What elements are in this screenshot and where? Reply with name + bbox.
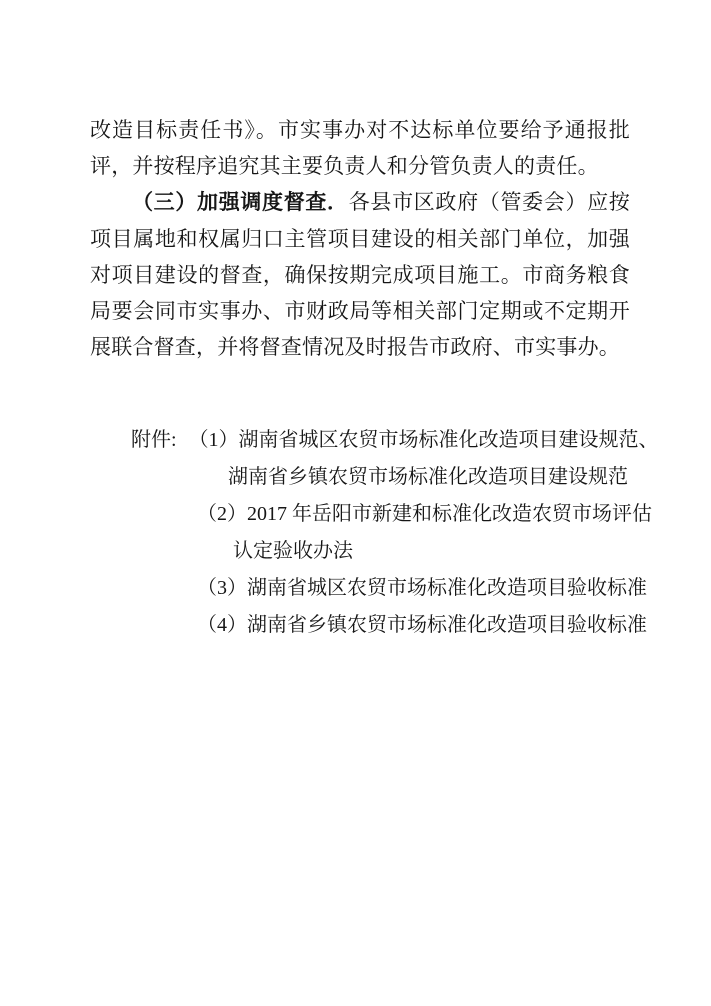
- attachment-item-1-continuation: 湖南省乡镇农贸市场标准化改造项目建设规范: [228, 459, 630, 496]
- attachment-line-1: 附件:（1）湖南省城区农贸市场标准化改造项目建设规范、: [131, 422, 630, 459]
- attachment-item-3: （3）湖南省城区农贸市场标准化改造项目验收标准: [197, 570, 630, 607]
- paragraph-section-3: （三）加强调度督查．各县市区政府（管委会）应按项目属地和权属归口主管项目建设的相…: [90, 184, 630, 365]
- section-3-body-text: 各县市区政府（管委会）应按项目属地和权属归口主管项目建设的相关部门单位，加强对项…: [90, 190, 630, 359]
- attachment-item-2: （2）2017 年岳阳市新建和标准化改造农贸市场评估: [197, 496, 630, 533]
- section-3-heading: （三）加强调度督查．: [132, 191, 349, 214]
- attachment-list: 附件:（1）湖南省城区农贸市场标准化改造项目建设规范、 湖南省乡镇农贸市场标准化…: [90, 422, 630, 644]
- attachment-item-2-continuation: 认定验收办法: [233, 533, 630, 570]
- attachment-label: 附件:: [131, 429, 177, 451]
- attachment-item-1: （1）湖南省城区农贸市场标准化改造项目建设规范、: [189, 429, 659, 451]
- document-body: 改造目标责任书》。市实事办对不达标单位要给予通报批评，并按程序追究其主要负责人和…: [90, 112, 630, 644]
- paragraph-continuation: 改造目标责任书》。市实事办对不达标单位要给予通报批评，并按程序追究其主要负责人和…: [90, 112, 630, 184]
- attachment-item-4: （4）湖南省乡镇农贸市场标准化改造项目验收标准: [197, 607, 630, 644]
- document-page: 改造目标责任书》。市实事办对不达标单位要给予通报批评，并按程序追究其主要负责人和…: [0, 0, 711, 1006]
